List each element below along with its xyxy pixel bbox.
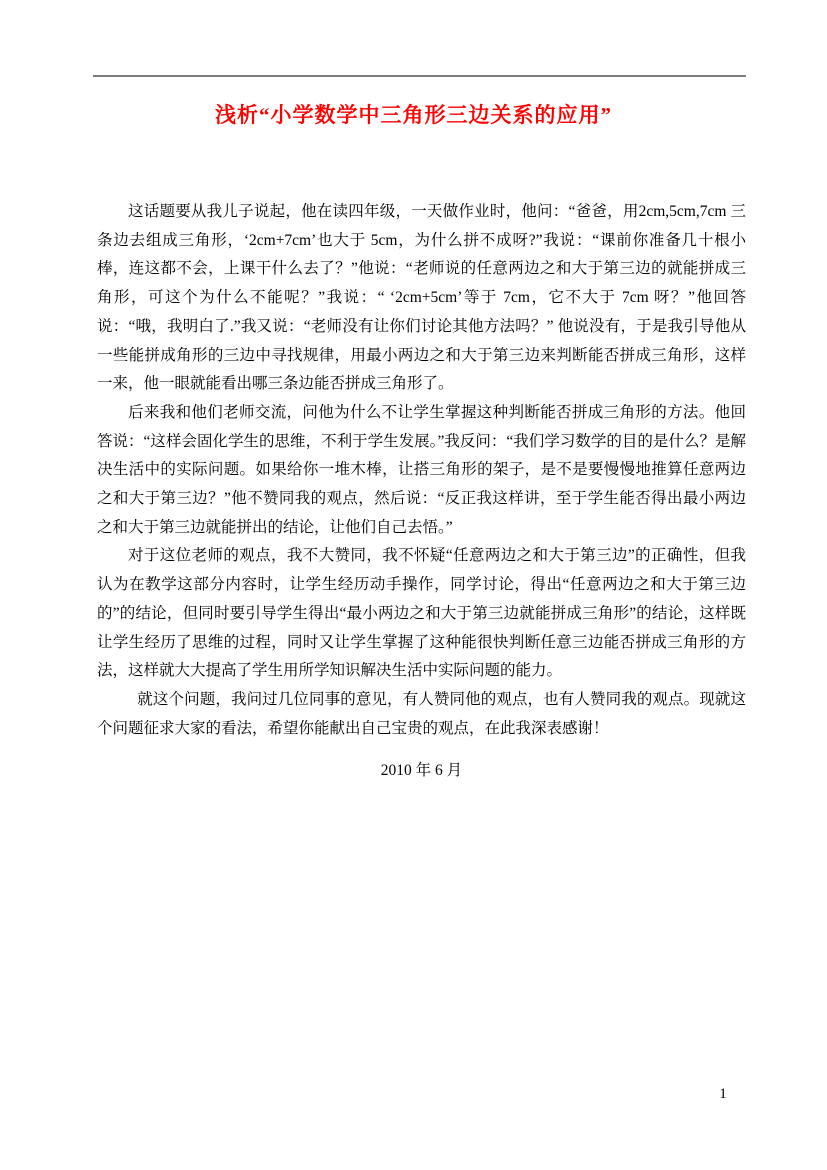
header-divider [93,75,746,77]
document-page: 浅析“小学数学中三角形三边关系的应用” 这话题要从我儿子说起，他在读四年级，一天… [0,0,827,1170]
date-line: 2010 年 6 月 [97,757,746,786]
paragraph-4: 就这个问题，我问过几位同事的意见，有人赞同他的观点，也有人赞同我的观点。现就这个… [97,686,746,743]
page-number: 1 [712,1085,734,1103]
paragraph-3: 对于这位老师的观点，我不大赞同，我不怀疑“任意两边之和大于第三边”的正确性，但我… [97,542,746,686]
document-body: 这话题要从我儿子说起，他在读四年级，一天做作业时，他问：“爸爸，用2cm,5cm… [97,198,746,786]
paragraph-1: 这话题要从我儿子说起，他在读四年级，一天做作业时，他问：“爸爸，用2cm,5cm… [97,198,746,399]
page-title: 浅析“小学数学中三角形三边关系的应用” [0,99,827,129]
paragraph-2: 后来我和他们老师交流，问他为什么不让学生掌握这种判断能否拼成三角形的方法。他回答… [97,399,746,543]
